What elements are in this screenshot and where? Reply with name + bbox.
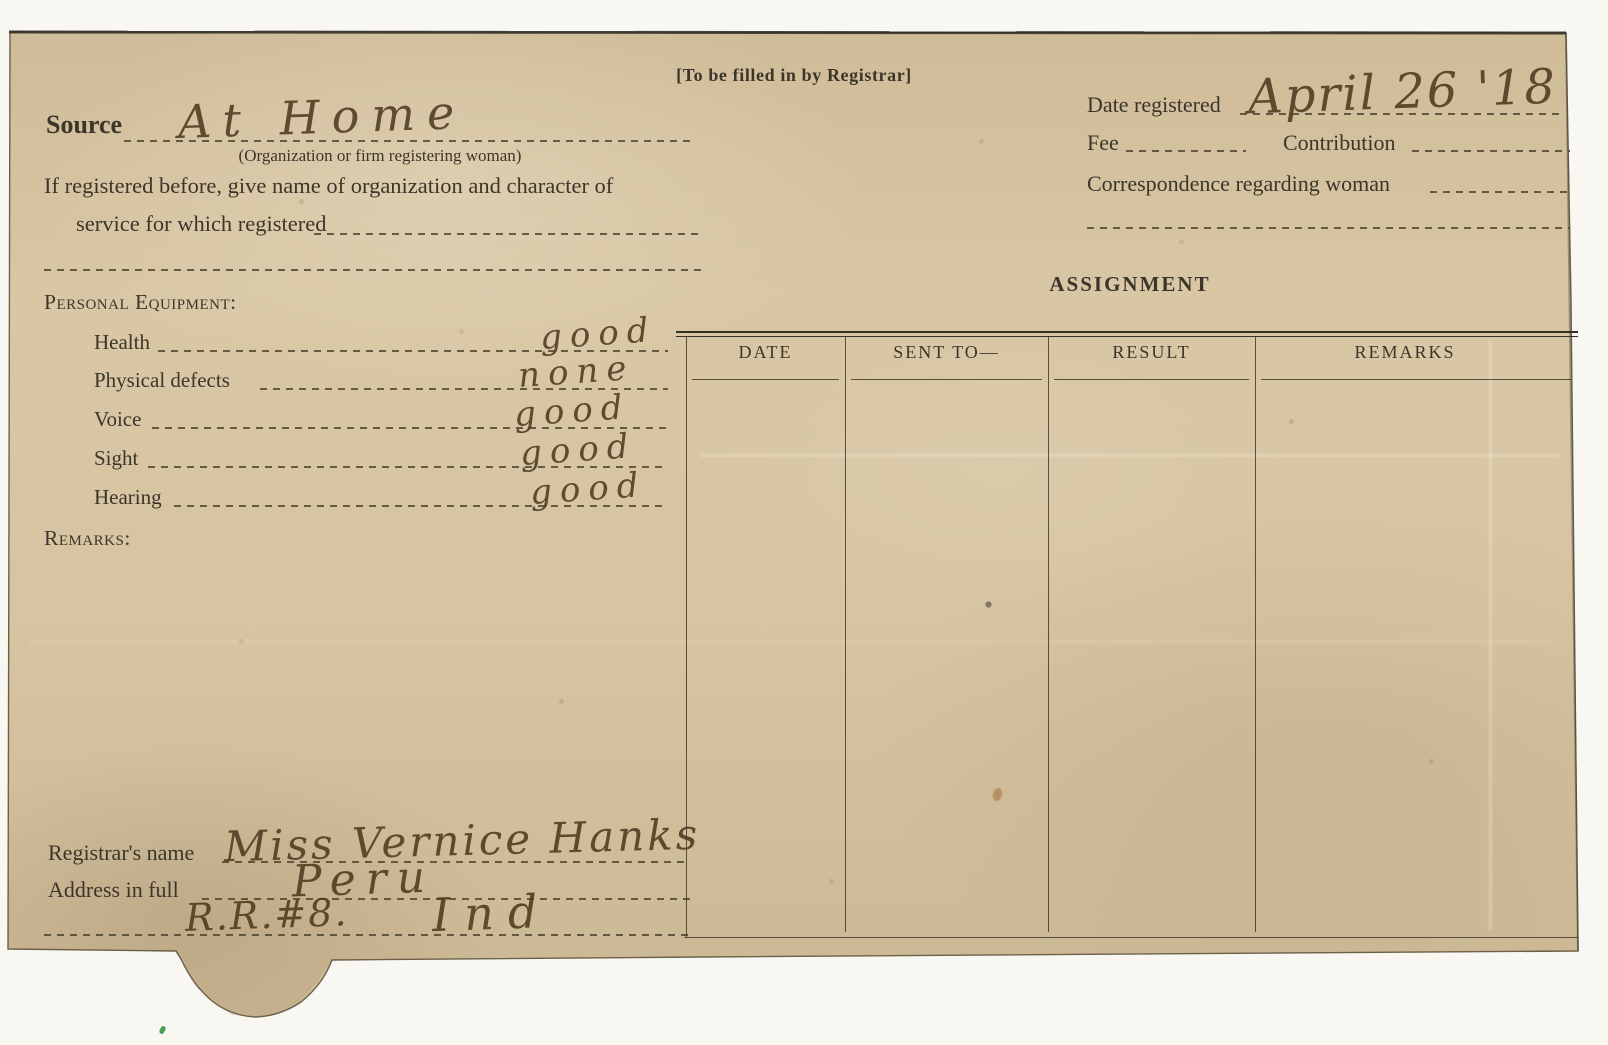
address-state-handwritten: Ind: [431, 884, 552, 942]
dashed-line: [1087, 227, 1570, 229]
source-value-handwritten: At Home: [177, 85, 467, 149]
column-header-result: RESULT: [1048, 342, 1255, 363]
address-rural-route-handwritten: R.R.#8.: [184, 890, 349, 940]
table-left-border: [686, 336, 687, 937]
source-label: Source: [46, 110, 122, 140]
column-header-remarks: REMARKS: [1255, 342, 1555, 363]
date-registered-handwritten: April 26 '18: [1247, 59, 1558, 126]
header-underline: [692, 379, 839, 380]
equipment-label-health: Health: [94, 330, 150, 355]
registered-before-line1: If registered before, give name of organ…: [44, 173, 613, 199]
equipment-label-physical-defects: Physical defects: [94, 368, 230, 393]
source-caption: (Organization or firm registering woman): [200, 146, 560, 166]
equipment-label-sight: Sight: [94, 446, 138, 471]
assignment-heading: ASSIGNMENT: [1030, 272, 1230, 297]
header-underline: [1054, 379, 1249, 380]
registrar-name-label: Registrar's name: [48, 840, 194, 866]
column-header-date: DATE: [686, 342, 845, 363]
fee-label: Fee: [1087, 130, 1119, 156]
registrar-note: [To be filled in by Registrar]: [660, 65, 928, 86]
column-divider: [845, 336, 846, 932]
scanned-registration-card-page: [To be filled in by Registrar] Source At…: [0, 0, 1608, 1045]
column-divider: [1048, 336, 1049, 932]
dashed-line: [1430, 191, 1570, 193]
card-top-edge-shadow: [9, 32, 1566, 33]
equipment-label-hearing: Hearing: [94, 485, 162, 510]
dashed-line: [44, 934, 690, 936]
dashed-line: [1126, 150, 1246, 152]
column-divider: [1255, 336, 1256, 932]
table-top-double-rule: [676, 331, 1578, 337]
header-underline: [1261, 379, 1571, 380]
dashed-line: [44, 269, 704, 271]
address-label: Address in full: [48, 877, 179, 903]
dashed-line: [314, 233, 704, 235]
column-header-sent-to: SENT TO—: [845, 342, 1048, 363]
header-underline: [851, 379, 1042, 380]
contribution-label: Contribution: [1283, 130, 1395, 156]
table-bottom-border: [684, 937, 1578, 938]
equipment-value-hearing-handwritten: good: [529, 465, 648, 513]
equipment-label-voice: Voice: [94, 407, 141, 432]
dashed-line: [1412, 150, 1570, 152]
remarks-heading: Remarks:: [44, 526, 131, 551]
personal-equipment-heading: Personal Equipment:: [44, 290, 237, 315]
date-registered-label: Date registered: [1087, 92, 1221, 118]
registered-before-line2: service for which registered: [76, 211, 327, 237]
correspondence-label: Correspondence regarding woman: [1087, 171, 1390, 197]
